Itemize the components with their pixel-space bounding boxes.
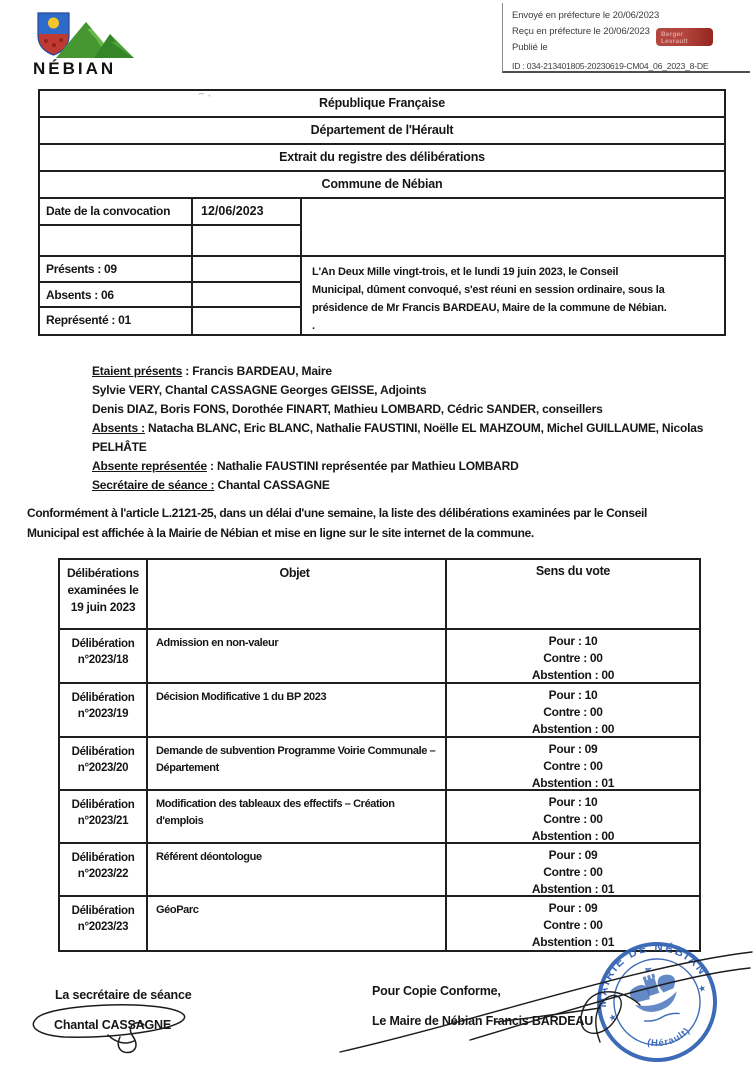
- header-line: examinées le: [60, 582, 146, 599]
- handwritten-signatures: [0, 935, 753, 1080]
- deliberation-ref: Délibérationn°2023/21: [60, 791, 148, 842]
- attendance-text: Denis DIAZ, Boris FONS, Dorothée FINART,…: [92, 402, 603, 416]
- ref-line: n°2023/23: [60, 919, 146, 935]
- header-row-departement: Département de l'Hérault: [40, 118, 724, 145]
- nebian-logo: NÉBIAN: [26, 6, 144, 80]
- header-table: République Française Département de l'Hé…: [38, 89, 726, 336]
- col-header-deliberations: Délibérations examinées le 19 juin 2023: [60, 560, 148, 628]
- deliberation-votes: Pour : 09Contre : 00Abstention : 01: [447, 738, 699, 789]
- ref-line: n°2023/20: [60, 760, 146, 776]
- deliberation-votes: Pour : 10Contre : 00Abstention : 00: [447, 684, 699, 736]
- logo-commune-name: NÉBIAN: [33, 59, 116, 78]
- attendance-block: Etaient présents : Francis BARDEAU, Mair…: [92, 362, 732, 495]
- deliberation-votes: Pour : 10Contre : 00Abstention : 00: [447, 630, 699, 682]
- prefecture-box: Envoyé en préfecture le 20/06/2023 Reçu …: [502, 3, 750, 73]
- stamp-emblem: [623, 960, 682, 1018]
- table-row: Délibérationn°2023/20 Demande de subvent…: [60, 738, 699, 791]
- empty-cell: [193, 308, 302, 334]
- header-row-commune: Commune de Nébian: [40, 172, 724, 199]
- attendance-text: Chantal CASSAGNE: [214, 478, 329, 492]
- deliberation-ref: Délibérationn°2023/20: [60, 738, 148, 789]
- empty-cell: [193, 226, 302, 257]
- header-row-republique: République Française: [40, 91, 724, 118]
- vote-line: Abstention : 01: [447, 934, 699, 951]
- attendance-text: Natacha BLANC, Eric BLANC, Nathalie FAUS…: [145, 421, 703, 435]
- vote-line: Pour : 09: [447, 741, 699, 758]
- stamp-line: Levrault: [661, 38, 713, 45]
- attendance-text: PELHÂTE: [92, 440, 147, 454]
- deliberation-ref: Délibérationn°2023/23: [60, 897, 148, 950]
- ref-line: n°2023/18: [60, 652, 146, 668]
- stamp-line: Berger: [661, 31, 713, 38]
- deliberation-objet: Admission en non-valeur: [148, 630, 447, 682]
- copy-conforme-label: Pour Copie Conforme,: [372, 984, 501, 998]
- attendance-label: Absents :: [92, 421, 145, 435]
- ref-line: Délibération: [60, 903, 146, 919]
- vote-line: Abstention : 01: [447, 881, 699, 898]
- table-row: Délibérationn°2023/19 Décision Modificat…: [60, 684, 699, 738]
- empty-cell: [193, 257, 302, 283]
- vote-line: Abstention : 00: [447, 828, 699, 845]
- deliberation-ref: Délibérationn°2023/18: [60, 630, 148, 682]
- svg-text:(Hérault): (Hérault): [643, 1024, 694, 1055]
- deliberation-ref: Délibérationn°2023/22: [60, 844, 148, 895]
- vote-line: Contre : 00: [447, 917, 699, 934]
- represente-cell: Représenté : 01: [40, 308, 193, 334]
- deliberation-objet: Modification des tableaux des effectifs …: [148, 791, 447, 842]
- attendance-text: : Francis BARDEAU, Maire: [182, 364, 332, 378]
- deliberation-objet: Décision Modificative 1 du BP 2023: [148, 684, 447, 736]
- ref-line: n°2023/21: [60, 813, 146, 829]
- deliberation-votes: Pour : 09Contre : 00Abstention : 01: [447, 897, 699, 950]
- attendance-line: Sylvie VERY, Chantal CASSAGNE Georges GE…: [92, 381, 732, 400]
- vote-line: Pour : 09: [447, 900, 699, 917]
- table-row: Délibérationn°2023/22 Référent déontolog…: [60, 844, 699, 897]
- mairie-nebian-stamp-icon: MAIRIE DE NÉBIAN (Hérault) ★ ★: [585, 930, 729, 1080]
- vote-line: Contre : 00: [447, 758, 699, 775]
- deliberation-votes: Pour : 09Contre : 00Abstention : 01: [447, 844, 699, 895]
- col-header-vote: Sens du vote: [447, 560, 699, 628]
- deliberations-table: Délibérations examinées le 19 juin 2023 …: [58, 558, 701, 952]
- stamp-star-right: ★: [697, 982, 708, 994]
- empty-cell: [302, 199, 724, 257]
- table-header-row: Délibérations examinées le 19 juin 2023 …: [60, 560, 699, 630]
- header-row-extrait: Extrait du registre des délibérations: [40, 145, 724, 172]
- session-line: Municipal, dûment convoqué, s'est réuni …: [312, 281, 720, 299]
- prefecture-id: ID : 034-213401805-20230619-CM04_06_2023…: [512, 58, 750, 74]
- empty-cell: [193, 283, 302, 308]
- attendance-label: Absente représentée: [92, 459, 207, 473]
- attendance-line: Denis DIAZ, Boris FONS, Dorothée FINART,…: [92, 400, 732, 419]
- berger-levrault-stamp: Berger Levrault: [656, 28, 713, 46]
- session-line: présidence de Mr Francis BARDEAU, Maire …: [312, 299, 720, 317]
- attendance-line: Etaient présents : Francis BARDEAU, Mair…: [92, 362, 732, 381]
- vote-line: Contre : 00: [447, 650, 699, 667]
- col-header-objet: Objet: [148, 560, 447, 628]
- ref-line: Délibération: [60, 636, 146, 652]
- stamp-bottom-text: (Hérault): [643, 1024, 694, 1055]
- attendance-label: Secrétaire de séance :: [92, 478, 214, 492]
- absents-cell: Absents : 06: [40, 283, 193, 308]
- stamp-star-left: ★: [607, 1011, 618, 1023]
- deliberation-votes: Pour : 10Contre : 00Abstention : 00: [447, 791, 699, 842]
- mayor-signature-line: Le Maire de Nébian Francis BARDEAU: [372, 1014, 593, 1028]
- header-line: Délibérations: [60, 565, 146, 582]
- attendance-line: Absente représentée : Nathalie FAUSTINI …: [92, 457, 732, 476]
- convocation-date-cell: 12/06/2023: [193, 199, 302, 226]
- attendance-line: PELHÂTE: [92, 438, 732, 457]
- vote-line: Contre : 00: [447, 811, 699, 828]
- mayor-signature-icon: [340, 952, 752, 1052]
- legal-notice: Conformément à l'article L.2121-25, dans…: [27, 504, 742, 543]
- deliberation-ref: Délibérationn°2023/19: [60, 684, 148, 736]
- header-line: 19 juin 2023: [60, 599, 146, 616]
- table-row: Délibérationn°2023/21 Modification des t…: [60, 791, 699, 844]
- session-line: L'An Deux Mille vingt-trois, et le lundi…: [312, 263, 720, 281]
- prefecture-line: Reçu en préfecture le 20/06/2023: [512, 24, 750, 40]
- deliberation-objet: GéoParc: [148, 897, 447, 950]
- vote-line: Abstention : 01: [447, 775, 699, 792]
- session-line: .: [312, 317, 720, 334]
- ref-line: Délibération: [60, 797, 146, 813]
- table-row: Délibérationn°2023/18 Admission en non-v…: [60, 630, 699, 684]
- vote-line: Pour : 09: [447, 847, 699, 864]
- deliberation-objet: Référent déontologue: [148, 844, 447, 895]
- vote-line: Abstention : 00: [447, 721, 699, 738]
- ref-line: Délibération: [60, 690, 146, 706]
- document-page: NÉBIAN Envoyé en préfecture le 20/06/202…: [0, 0, 753, 1080]
- notice-line: Municipal est affichée à la Mairie de Né…: [27, 524, 742, 544]
- table-row: Délibérationn°2023/23 GéoParc Pour : 09C…: [60, 897, 699, 950]
- ref-line: n°2023/22: [60, 866, 146, 882]
- prefecture-line: Envoyé en préfecture le 20/06/2023: [512, 8, 750, 24]
- convocation-label-cell: Date de la convocation: [40, 199, 193, 226]
- ref-line: n°2023/19: [60, 706, 146, 722]
- vote-line: Abstention : 00: [447, 667, 699, 684]
- prefecture-line: Publié le: [512, 40, 750, 56]
- ref-line: Délibération: [60, 850, 146, 866]
- secretary-title: La secrétaire de séance: [55, 988, 191, 1002]
- vote-line: Contre : 00: [447, 704, 699, 721]
- empty-cell: [40, 226, 193, 257]
- deliberation-objet: Demande de subvention Programme Voirie C…: [148, 738, 447, 789]
- vote-line: Pour : 10: [447, 687, 699, 704]
- ref-line: Délibération: [60, 744, 146, 760]
- attendance-text: : Nathalie FAUSTINI représentée par Math…: [207, 459, 519, 473]
- attendance-line: Absents : Natacha BLANC, Eric BLANC, Nat…: [92, 419, 732, 438]
- notice-line: Conformément à l'article L.2121-25, dans…: [27, 504, 742, 524]
- session-paragraph-cell: L'An Deux Mille vingt-trois, et le lundi…: [302, 257, 724, 334]
- attendance-text: Sylvie VERY, Chantal CASSAGNE Georges GE…: [92, 383, 426, 397]
- presents-cell: Présents : 09: [40, 257, 193, 283]
- vote-line: Pour : 10: [447, 794, 699, 811]
- vote-line: Contre : 00: [447, 864, 699, 881]
- vote-line: Pour : 10: [447, 633, 699, 650]
- attendance-label: Etaient présents: [92, 364, 182, 378]
- secretary-name: Chantal CASSAGNE: [54, 1018, 171, 1032]
- attendance-line: Secrétaire de séance : Chantal CASSAGNE: [92, 476, 732, 495]
